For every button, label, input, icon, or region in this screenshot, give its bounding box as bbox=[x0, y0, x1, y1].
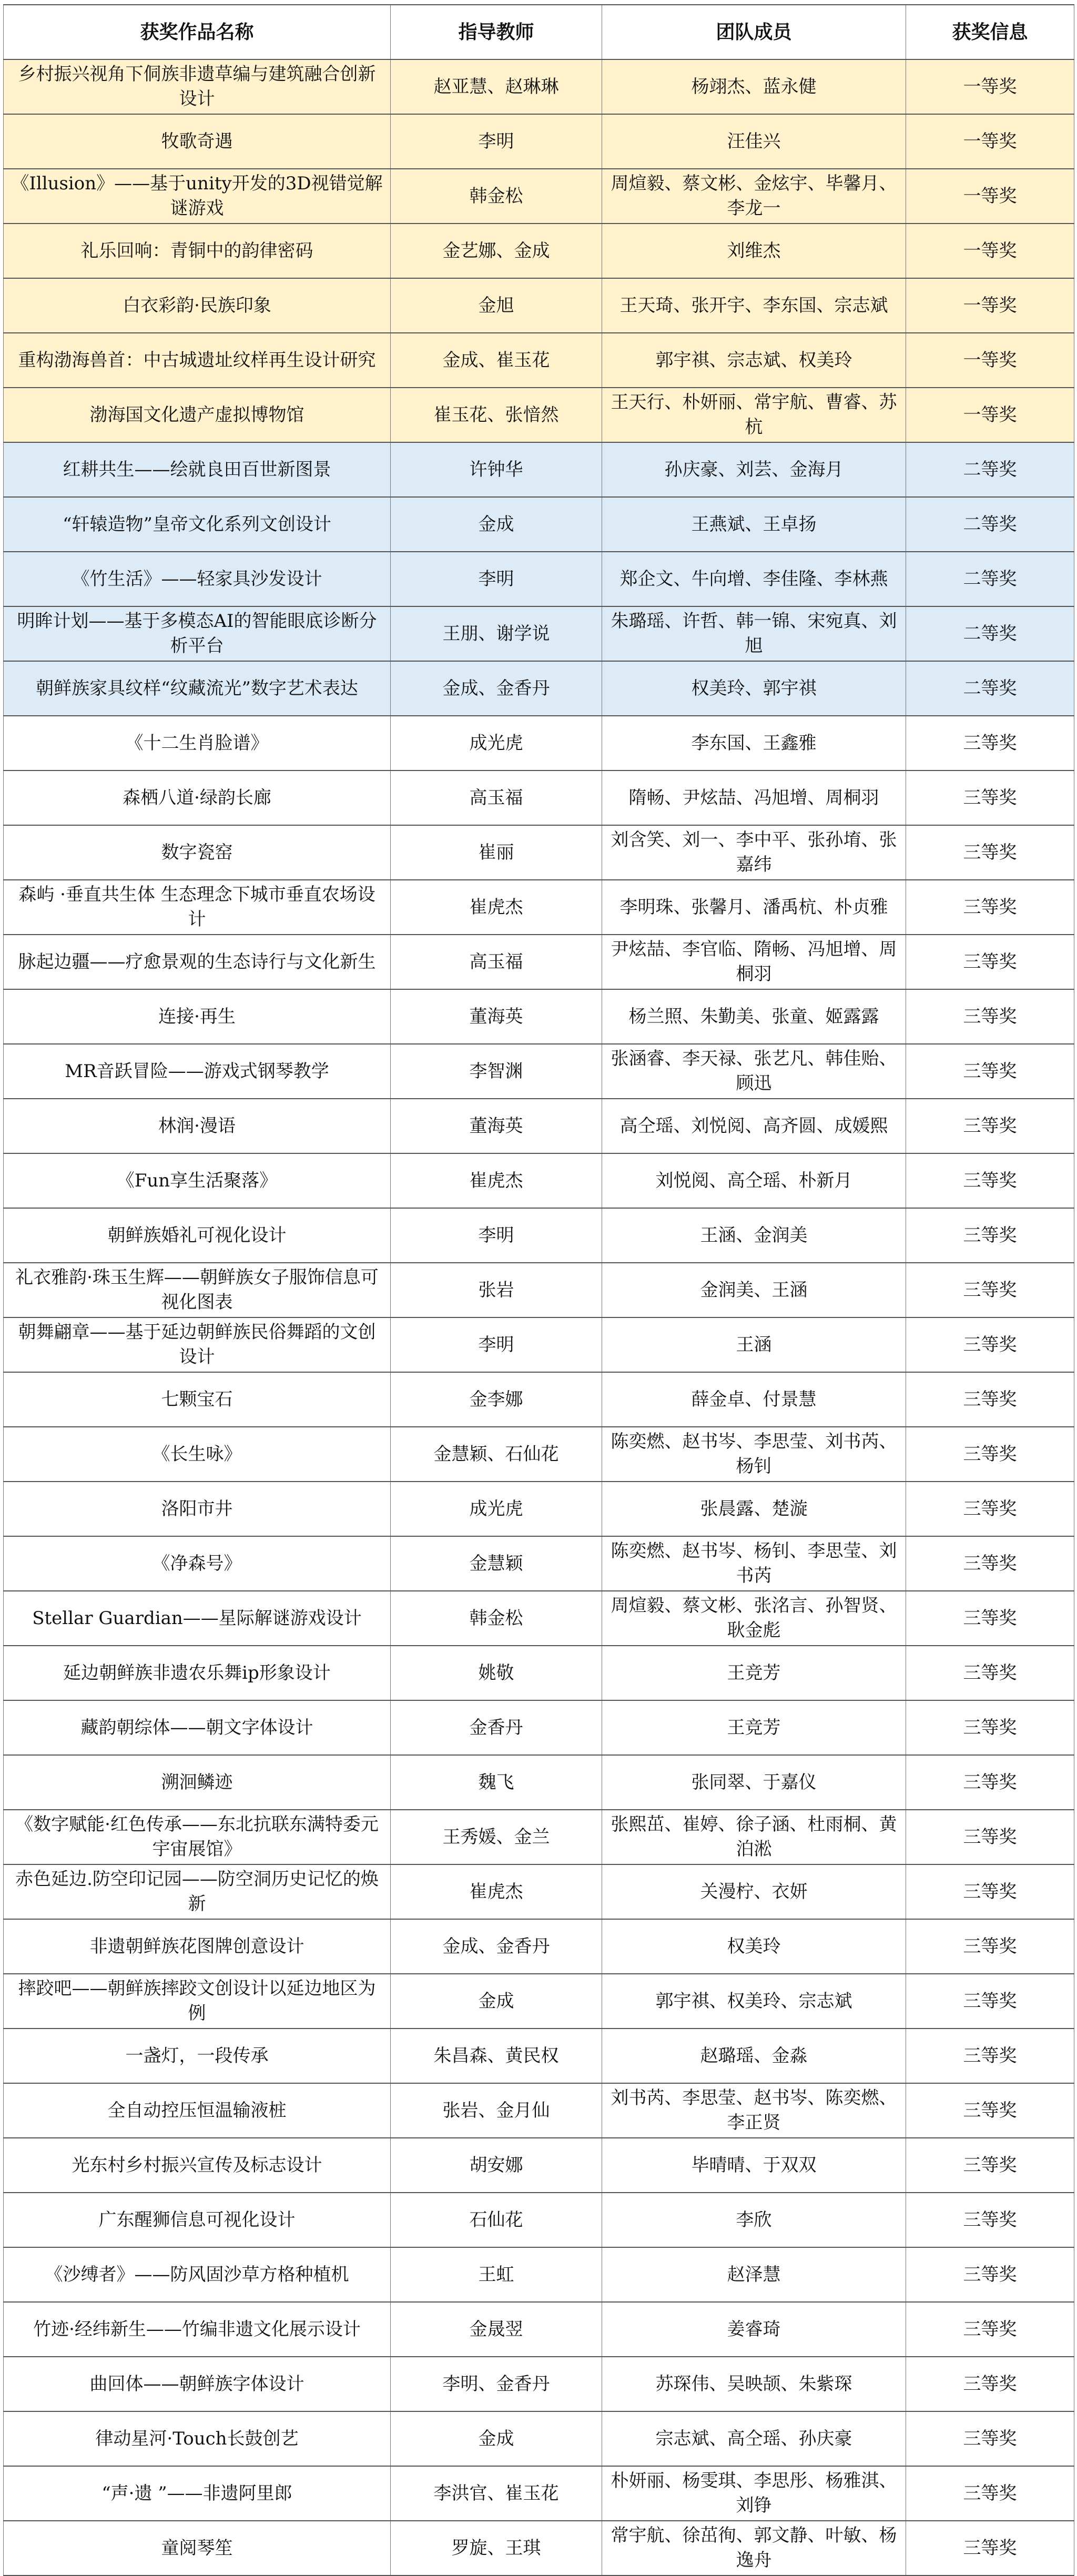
table-row: 重构渤海兽首：中古城遗址纹样再生设计研究金成、崔玉花郭宇祺、宗志斌、权美玲一等奖 bbox=[4, 333, 1074, 388]
cell-award: 三等奖 bbox=[906, 1153, 1074, 1208]
cell-members: 陈奕燃、赵书岑、李思莹、刘书芮、杨钊 bbox=[602, 1427, 906, 1482]
cell-teacher: 金慧颖、石仙花 bbox=[391, 1427, 602, 1482]
cell-teacher: 李明 bbox=[391, 1317, 602, 1372]
table-row: 全自动控压恒温输液桩张岩、金月仙刘书芮、李思莹、赵书岑、陈奕燃、李正贤三等奖 bbox=[4, 2083, 1074, 2138]
cell-members: 李东国、王鑫雅 bbox=[602, 716, 906, 770]
cell-teacher: 金成、崔玉花 bbox=[391, 333, 602, 388]
cell-work-title: 竹迹·经纬新生——竹编非遗文化展示设计 bbox=[4, 2302, 391, 2357]
cell-work-title: 脉起边疆——疗愈景观的生态诗行与文化新生 bbox=[4, 935, 391, 989]
cell-teacher: 金慧颖 bbox=[391, 1536, 602, 1591]
table-row: 礼乐回响：青铜中的韵律密码金艺娜、金成刘维杰一等奖 bbox=[4, 224, 1074, 278]
cell-members: 苏琛伟、吴映颉、朱紫琛 bbox=[602, 2357, 906, 2411]
table-row: 曲回体——朝鲜族字体设计李明、金香丹苏琛伟、吴映颉、朱紫琛三等奖 bbox=[4, 2357, 1074, 2411]
cell-award: 三等奖 bbox=[906, 1044, 1074, 1099]
cell-award: 三等奖 bbox=[906, 2466, 1074, 2521]
table-row: 藏韵朝综体——朝文字体设计金香丹王竞芳三等奖 bbox=[4, 1700, 1074, 1755]
table-row: 脉起边疆——疗愈景观的生态诗行与文化新生高玉福尹炫喆、李官临、隋畅、冯旭增、周桐… bbox=[4, 935, 1074, 989]
awards-table-container: 获奖作品名称 指导教师 团队成员 获奖信息 乡村振兴视角下侗族非遗草编与建筑融合… bbox=[3, 4, 1074, 2542]
cell-members: 李明珠、张馨月、潘禹杭、朴贞雅 bbox=[602, 880, 906, 935]
cell-teacher: 崔虎杰 bbox=[391, 880, 602, 935]
cell-members: 金润美、王涵 bbox=[602, 1263, 906, 1317]
cell-teacher: 金成 bbox=[391, 1974, 602, 2029]
cell-work-title: 非遗朝鲜族花图牌创意设计 bbox=[4, 1919, 391, 1974]
cell-award: 三等奖 bbox=[906, 2521, 1074, 2542]
cell-award: 三等奖 bbox=[906, 1099, 1074, 1153]
cell-award: 一等奖 bbox=[906, 388, 1074, 442]
cell-award: 三等奖 bbox=[906, 1974, 1074, 2029]
cell-teacher: 姚敬 bbox=[391, 1646, 602, 1700]
table-row: 广东醒狮信息可视化设计石仙花李欣三等奖 bbox=[4, 2193, 1074, 2247]
cell-award: 三等奖 bbox=[906, 2083, 1074, 2138]
cell-work-title: MR音跃冒险——游戏式钢琴教学 bbox=[4, 1044, 391, 1099]
cell-teacher: 王朋、谢学说 bbox=[391, 606, 602, 661]
cell-award: 三等奖 bbox=[906, 2247, 1074, 2302]
cell-work-title: 《沙缚者》——防风固沙草方格种植机 bbox=[4, 2247, 391, 2302]
cell-teacher: 韩金松 bbox=[391, 169, 602, 224]
cell-work-title: 藏韵朝综体——朝文字体设计 bbox=[4, 1700, 391, 1755]
table-row: 渤海国文化遗产虚拟博物馆崔玉花、张愔然王天行、朴妍丽、常宇航、曹睿、苏杭一等奖 bbox=[4, 388, 1074, 442]
cell-award: 三等奖 bbox=[906, 770, 1074, 825]
cell-members: 王竞芳 bbox=[602, 1646, 906, 1700]
table-row: 《Illusion》——基于unity开发的3D视错觉解谜游戏韩金松周煊毅、蔡文… bbox=[4, 169, 1074, 224]
cell-award: 三等奖 bbox=[906, 716, 1074, 770]
cell-members: 赵泽慧 bbox=[602, 2247, 906, 2302]
cell-members: 尹炫喆、李官临、隋畅、冯旭增、周桐羽 bbox=[602, 935, 906, 989]
awards-table: 获奖作品名称 指导教师 团队成员 获奖信息 乡村振兴视角下侗族非遗草编与建筑融合… bbox=[3, 4, 1074, 2542]
cell-members: 关漫柠、衣妍 bbox=[602, 1864, 906, 1919]
table-row: 《数字赋能·红色传承——东北抗联东满特委元宇宙展馆》王秀媛、金兰张熙茁、崔婷、徐… bbox=[4, 1810, 1074, 1864]
cell-award: 三等奖 bbox=[906, 989, 1074, 1044]
cell-work-title: 礼乐回响：青铜中的韵律密码 bbox=[4, 224, 391, 278]
cell-award: 二等奖 bbox=[906, 552, 1074, 606]
table-row: 朝舞翩章——基于延边朝鲜族民俗舞蹈的文创设计李明王涵三等奖 bbox=[4, 1317, 1074, 1372]
table-row: 延边朝鲜族非遗农乐舞ip形象设计姚敬王竞芳三等奖 bbox=[4, 1646, 1074, 1700]
cell-teacher: 胡安娜 bbox=[391, 2138, 602, 2193]
cell-award: 三等奖 bbox=[906, 1263, 1074, 1317]
cell-members: 赵璐瑶、金淼 bbox=[602, 2029, 906, 2083]
cell-members: 张熙茁、崔婷、徐子涵、杜雨桐、黄泊淞 bbox=[602, 1810, 906, 1864]
table-body: 乡村振兴视角下侗族非遗草编与建筑融合创新设计赵亚慧、赵琳琳杨翊杰、蓝永健一等奖牧… bbox=[4, 59, 1074, 2542]
cell-award: 三等奖 bbox=[906, 1427, 1074, 1482]
cell-teacher: 张岩 bbox=[391, 1263, 602, 1317]
cell-award: 二等奖 bbox=[906, 497, 1074, 552]
cell-members: 周煊毅、蔡文彬、金炫宇、毕馨月、李龙一 bbox=[602, 169, 906, 224]
cell-work-title: 重构渤海兽首：中古城遗址纹样再生设计研究 bbox=[4, 333, 391, 388]
cell-award: 三等奖 bbox=[906, 1646, 1074, 1700]
cell-work-title: “声·遗 ”——非遗阿里郎 bbox=[4, 2466, 391, 2521]
column-header-teacher: 指导教师 bbox=[391, 5, 602, 59]
cell-teacher: 李明 bbox=[391, 552, 602, 606]
cell-work-title: 数字瓷窑 bbox=[4, 825, 391, 880]
cell-work-title: 渤海国文化遗产虚拟博物馆 bbox=[4, 388, 391, 442]
cell-teacher: 罗旋、王琪 bbox=[391, 2521, 602, 2542]
cell-members: 刘含笑、刘一、李中平、张孙堉、张嘉纬 bbox=[602, 825, 906, 880]
cell-teacher: 高玉福 bbox=[391, 770, 602, 825]
table-row: 《净森号》金慧颖陈奕燃、赵书岑、杨钊、李思莹、刘书芮三等奖 bbox=[4, 1536, 1074, 1591]
cell-award: 三等奖 bbox=[906, 1372, 1074, 1427]
cell-members: 郭宇祺、权美玲、宗志斌 bbox=[602, 1974, 906, 2029]
table-row: 光东村乡村振兴宣传及标志设计胡安娜毕晴晴、于双双三等奖 bbox=[4, 2138, 1074, 2193]
cell-work-title: 溯洄鳞迹 bbox=[4, 1755, 391, 1810]
cell-work-title: 森栖八道·绿韵长廊 bbox=[4, 770, 391, 825]
table-row: 朝鲜族婚礼可视化设计李明王涵、金润美三等奖 bbox=[4, 1208, 1074, 1263]
cell-work-title: 林润·漫语 bbox=[4, 1099, 391, 1153]
cell-work-title: 曲回体——朝鲜族字体设计 bbox=[4, 2357, 391, 2411]
cell-award: 一等奖 bbox=[906, 224, 1074, 278]
cell-work-title: 《竹生活》——轻家具沙发设计 bbox=[4, 552, 391, 606]
cell-members: 常宇航、徐茁徇、郭文静、叶敏、杨逸舟 bbox=[602, 2521, 906, 2542]
cell-members: 高仝瑶、刘悦阅、高齐圆、成媛熙 bbox=[602, 1099, 906, 1153]
cell-work-title: 《长生咏》 bbox=[4, 1427, 391, 1482]
cell-members: 姜睿琦 bbox=[602, 2302, 906, 2357]
cell-work-title: 《Illusion》——基于unity开发的3D视错觉解谜游戏 bbox=[4, 169, 391, 224]
cell-teacher: 金成、金香丹 bbox=[391, 661, 602, 716]
cell-teacher: 李明 bbox=[391, 114, 602, 169]
table-row: 非遗朝鲜族花图牌创意设计金成、金香丹权美玲三等奖 bbox=[4, 1919, 1074, 1974]
cell-work-title: 《数字赋能·红色传承——东北抗联东满特委元宇宙展馆》 bbox=[4, 1810, 391, 1864]
table-row: 连接·再生董海英杨兰照、朱勤美、张童、姬露露三等奖 bbox=[4, 989, 1074, 1044]
table-row: 乡村振兴视角下侗族非遗草编与建筑融合创新设计赵亚慧、赵琳琳杨翊杰、蓝永健一等奖 bbox=[4, 59, 1074, 114]
cell-teacher: 金晟翌 bbox=[391, 2302, 602, 2357]
cell-work-title: 全自动控压恒温输液桩 bbox=[4, 2083, 391, 2138]
cell-teacher: 李洪官、崔玉花 bbox=[391, 2466, 602, 2521]
cell-teacher: 李明、金香丹 bbox=[391, 2357, 602, 2411]
table-row: 童阅琴笙罗旋、王琪常宇航、徐茁徇、郭文静、叶敏、杨逸舟三等奖 bbox=[4, 2521, 1074, 2542]
cell-award: 一等奖 bbox=[906, 169, 1074, 224]
cell-work-title: 《Fun享生活聚落》 bbox=[4, 1153, 391, 1208]
cell-work-title: 朝鲜族婚礼可视化设计 bbox=[4, 1208, 391, 1263]
table-row: 《竹生活》——轻家具沙发设计李明郑企文、牛向增、李佳隆、李林燕二等奖 bbox=[4, 552, 1074, 606]
cell-members: 王天行、朴妍丽、常宇航、曹睿、苏杭 bbox=[602, 388, 906, 442]
column-header-award: 获奖信息 bbox=[906, 5, 1074, 59]
cell-teacher: 魏飞 bbox=[391, 1755, 602, 1810]
cell-work-title: 《十二生肖脸谱》 bbox=[4, 716, 391, 770]
table-row: 溯洄鳞迹魏飞张同翠、于嘉仪三等奖 bbox=[4, 1755, 1074, 1810]
cell-work-title: 光东村乡村振兴宣传及标志设计 bbox=[4, 2138, 391, 2193]
table-row: “声·遗 ”——非遗阿里郎李洪官、崔玉花朴妍丽、杨雯琪、李思彤、杨雅淇、刘铮三等… bbox=[4, 2466, 1074, 2521]
cell-teacher: 朱昌森、黄民权 bbox=[391, 2029, 602, 2083]
table-row: 朝鲜族家具纹样“纹藏流光”数字艺术表达金成、金香丹权美玲、郭宇祺二等奖 bbox=[4, 661, 1074, 716]
cell-members: 周煊毅、蔡文彬、张洺言、孙智贤、耿金彪 bbox=[602, 1591, 906, 1646]
cell-members: 权美玲、郭宇祺 bbox=[602, 661, 906, 716]
cell-teacher: 崔丽 bbox=[391, 825, 602, 880]
cell-award: 三等奖 bbox=[906, 825, 1074, 880]
cell-award: 三等奖 bbox=[906, 880, 1074, 935]
cell-members: 王竞芳 bbox=[602, 1700, 906, 1755]
table-row: 数字瓷窑崔丽刘含笑、刘一、李中平、张孙堉、张嘉纬三等奖 bbox=[4, 825, 1074, 880]
cell-members: 李欣 bbox=[602, 2193, 906, 2247]
table-row: 摔跤吧——朝鲜族摔跤文创设计以延边地区为例金成郭宇祺、权美玲、宗志斌三等奖 bbox=[4, 1974, 1074, 2029]
cell-award: 三等奖 bbox=[906, 1482, 1074, 1536]
table-row: 竹迹·经纬新生——竹编非遗文化展示设计金晟翌姜睿琦三等奖 bbox=[4, 2302, 1074, 2357]
cell-teacher: 李明 bbox=[391, 1208, 602, 1263]
cell-teacher: 韩金松 bbox=[391, 1591, 602, 1646]
cell-teacher: 崔虎杰 bbox=[391, 1864, 602, 1919]
table-row: 《十二生肖脸谱》成光虎李东国、王鑫雅三等奖 bbox=[4, 716, 1074, 770]
cell-members: 杨翊杰、蓝永健 bbox=[602, 59, 906, 114]
table-row: 明眸计划——基于多模态AI的智能眼底诊断分析平台王朋、谢学说朱璐瑶、许哲、韩一锦… bbox=[4, 606, 1074, 661]
table-row: 律动星河·Touch长鼓创艺金成宗志斌、高仝瑶、孙庆豪三等奖 bbox=[4, 2411, 1074, 2466]
cell-work-title: 延边朝鲜族非遗农乐舞ip形象设计 bbox=[4, 1646, 391, 1700]
cell-members: 毕晴晴、于双双 bbox=[602, 2138, 906, 2193]
cell-members: 刘书芮、李思莹、赵书岑、陈奕燃、李正贤 bbox=[602, 2083, 906, 2138]
cell-members: 汪佳兴 bbox=[602, 114, 906, 169]
cell-award: 一等奖 bbox=[906, 333, 1074, 388]
cell-members: 薛金卓、付景慧 bbox=[602, 1372, 906, 1427]
cell-members: 杨兰照、朱勤美、张童、姬露露 bbox=[602, 989, 906, 1044]
table-row: MR音跃冒险——游戏式钢琴教学李智渊张涵睿、李天禄、张艺凡、韩佳贻、顾迅三等奖 bbox=[4, 1044, 1074, 1099]
table-row: 七颗宝石金李娜薛金卓、付景慧三等奖 bbox=[4, 1372, 1074, 1427]
cell-work-title: 律动星河·Touch长鼓创艺 bbox=[4, 2411, 391, 2466]
cell-teacher: 崔玉花、张愔然 bbox=[391, 388, 602, 442]
cell-work-title: 连接·再生 bbox=[4, 989, 391, 1044]
cell-members: 刘维杰 bbox=[602, 224, 906, 278]
cell-award: 三等奖 bbox=[906, 1810, 1074, 1864]
table-row: 森栖八道·绿韵长廊高玉福隋畅、尹炫喆、冯旭增、周桐羽三等奖 bbox=[4, 770, 1074, 825]
column-header-title: 获奖作品名称 bbox=[4, 5, 391, 59]
table-row: 赤色延边.防空印记园——防空洞历史记忆的焕新崔虎杰关漫柠、衣妍三等奖 bbox=[4, 1864, 1074, 1919]
cell-members: 陈奕燃、赵书岑、杨钊、李思莹、刘书芮 bbox=[602, 1536, 906, 1591]
table-row: 洛阳市井成光虎张晨露、楚漩三等奖 bbox=[4, 1482, 1074, 1536]
cell-work-title: 朝舞翩章——基于延边朝鲜族民俗舞蹈的文创设计 bbox=[4, 1317, 391, 1372]
cell-teacher: 王秀媛、金兰 bbox=[391, 1810, 602, 1864]
table-row: 林润·漫语董海英高仝瑶、刘悦阅、高齐圆、成媛熙三等奖 bbox=[4, 1099, 1074, 1153]
cell-award: 二等奖 bbox=[906, 606, 1074, 661]
cell-work-title: 《净森号》 bbox=[4, 1536, 391, 1591]
cell-work-title: 森屿 ·垂直共生体 生态理念下城市垂直农场设计 bbox=[4, 880, 391, 935]
cell-teacher: 崔虎杰 bbox=[391, 1153, 602, 1208]
cell-award: 三等奖 bbox=[906, 1317, 1074, 1372]
table-row: 白衣彩韵·民族印象金旭王天琦、张开宇、李东国、宗志斌一等奖 bbox=[4, 278, 1074, 333]
cell-award: 三等奖 bbox=[906, 2193, 1074, 2247]
cell-work-title: 洛阳市井 bbox=[4, 1482, 391, 1536]
cell-award: 三等奖 bbox=[906, 1208, 1074, 1263]
table-row: 森屿 ·垂直共生体 生态理念下城市垂直农场设计崔虎杰李明珠、张馨月、潘禹杭、朴贞… bbox=[4, 880, 1074, 935]
cell-teacher: 许钟华 bbox=[391, 442, 602, 497]
cell-award: 一等奖 bbox=[906, 59, 1074, 114]
cell-award: 三等奖 bbox=[906, 2302, 1074, 2357]
cell-work-title: 白衣彩韵·民族印象 bbox=[4, 278, 391, 333]
cell-work-title: 红耕共生——绘就良田百世新图景 bbox=[4, 442, 391, 497]
cell-award: 三等奖 bbox=[906, 1591, 1074, 1646]
cell-award: 三等奖 bbox=[906, 935, 1074, 989]
cell-award: 二等奖 bbox=[906, 442, 1074, 497]
cell-members: 王涵、金润美 bbox=[602, 1208, 906, 1263]
cell-teacher: 张岩、金月仙 bbox=[391, 2083, 602, 2138]
table-row: 《Fun享生活聚落》崔虎杰刘悦阅、高仝瑶、朴新月三等奖 bbox=[4, 1153, 1074, 1208]
table-row: 《沙缚者》——防风固沙草方格种植机王虹赵泽慧三等奖 bbox=[4, 2247, 1074, 2302]
cell-members: 宗志斌、高仝瑶、孙庆豪 bbox=[602, 2411, 906, 2466]
cell-teacher: 成光虎 bbox=[391, 1482, 602, 1536]
cell-award: 三等奖 bbox=[906, 2411, 1074, 2466]
cell-members: 张涵睿、李天禄、张艺凡、韩佳贻、顾迅 bbox=[602, 1044, 906, 1099]
cell-teacher: 王虹 bbox=[391, 2247, 602, 2302]
cell-teacher: 石仙花 bbox=[391, 2193, 602, 2247]
cell-work-title: 摔跤吧——朝鲜族摔跤文创设计以延边地区为例 bbox=[4, 1974, 391, 2029]
cell-work-title: 广东醒狮信息可视化设计 bbox=[4, 2193, 391, 2247]
cell-teacher: 成光虎 bbox=[391, 716, 602, 770]
cell-award: 三等奖 bbox=[906, 1536, 1074, 1591]
cell-award: 二等奖 bbox=[906, 661, 1074, 716]
cell-members: 郭宇祺、宗志斌、权美玲 bbox=[602, 333, 906, 388]
cell-work-title: Stellar Guardian——星际解谜游戏设计 bbox=[4, 1591, 391, 1646]
cell-teacher: 李智渊 bbox=[391, 1044, 602, 1099]
cell-members: 张同翠、于嘉仪 bbox=[602, 1755, 906, 1810]
cell-teacher: 高玉福 bbox=[391, 935, 602, 989]
cell-award: 三等奖 bbox=[906, 2138, 1074, 2193]
cell-work-title: “轩辕造物”皇帝文化系列文创设计 bbox=[4, 497, 391, 552]
cell-work-title: 一盏灯，一段传承 bbox=[4, 2029, 391, 2083]
table-row: 一盏灯，一段传承朱昌森、黄民权赵璐瑶、金淼三等奖 bbox=[4, 2029, 1074, 2083]
cell-work-title: 礼衣雅韵·珠玉生辉——朝鲜族女子服饰信息可视化图表 bbox=[4, 1263, 391, 1317]
cell-award: 三等奖 bbox=[906, 2029, 1074, 2083]
cell-members: 王燕斌、王卓扬 bbox=[602, 497, 906, 552]
column-header-members: 团队成员 bbox=[602, 5, 906, 59]
cell-work-title: 朝鲜族家具纹样“纹藏流光”数字艺术表达 bbox=[4, 661, 391, 716]
cell-teacher: 金香丹 bbox=[391, 1700, 602, 1755]
cell-work-title: 童阅琴笙 bbox=[4, 2521, 391, 2542]
cell-teacher: 赵亚慧、赵琳琳 bbox=[391, 59, 602, 114]
cell-award: 三等奖 bbox=[906, 1864, 1074, 1919]
cell-teacher: 金李娜 bbox=[391, 1372, 602, 1427]
cell-members: 刘悦阅、高仝瑶、朴新月 bbox=[602, 1153, 906, 1208]
cell-work-title: 牧歌奇遇 bbox=[4, 114, 391, 169]
table-row: 《长生咏》金慧颖、石仙花陈奕燃、赵书岑、李思莹、刘书芮、杨钊三等奖 bbox=[4, 1427, 1074, 1482]
cell-award: 三等奖 bbox=[906, 1755, 1074, 1810]
cell-work-title: 赤色延边.防空印记园——防空洞历史记忆的焕新 bbox=[4, 1864, 391, 1919]
cell-work-title: 明眸计划——基于多模态AI的智能眼底诊断分析平台 bbox=[4, 606, 391, 661]
cell-award: 三等奖 bbox=[906, 1919, 1074, 1974]
cell-teacher: 董海英 bbox=[391, 1099, 602, 1153]
cell-teacher: 金成 bbox=[391, 497, 602, 552]
cell-award: 一等奖 bbox=[906, 114, 1074, 169]
cell-members: 隋畅、尹炫喆、冯旭增、周桐羽 bbox=[602, 770, 906, 825]
cell-teacher: 金旭 bbox=[391, 278, 602, 333]
cell-teacher: 金成 bbox=[391, 2411, 602, 2466]
cell-members: 郑企文、牛向增、李佳隆、李林燕 bbox=[602, 552, 906, 606]
cell-members: 张晨露、楚漩 bbox=[602, 1482, 906, 1536]
table-row: 红耕共生——绘就良田百世新图景许钟华孙庆豪、刘芸、金海月二等奖 bbox=[4, 442, 1074, 497]
cell-members: 朴妍丽、杨雯琪、李思彤、杨雅淇、刘铮 bbox=[602, 2466, 906, 2521]
cell-members: 王涵 bbox=[602, 1317, 906, 1372]
cell-members: 权美玲 bbox=[602, 1919, 906, 1974]
cell-work-title: 七颗宝石 bbox=[4, 1372, 391, 1427]
cell-teacher: 金艺娜、金成 bbox=[391, 224, 602, 278]
table-row: Stellar Guardian——星际解谜游戏设计韩金松周煊毅、蔡文彬、张洺言… bbox=[4, 1591, 1074, 1646]
table-row: 牧歌奇遇李明汪佳兴一等奖 bbox=[4, 114, 1074, 169]
table-row: “轩辕造物”皇帝文化系列文创设计金成王燕斌、王卓扬二等奖 bbox=[4, 497, 1074, 552]
cell-members: 朱璐瑶、许哲、韩一锦、宋宛真、刘旭 bbox=[602, 606, 906, 661]
cell-teacher: 金成、金香丹 bbox=[391, 1919, 602, 1974]
cell-award: 一等奖 bbox=[906, 278, 1074, 333]
cell-award: 三等奖 bbox=[906, 2357, 1074, 2411]
cell-work-title: 乡村振兴视角下侗族非遗草编与建筑融合创新设计 bbox=[4, 59, 391, 114]
table-header-row: 获奖作品名称 指导教师 团队成员 获奖信息 bbox=[4, 5, 1074, 59]
cell-award: 三等奖 bbox=[906, 1700, 1074, 1755]
cell-members: 孙庆豪、刘芸、金海月 bbox=[602, 442, 906, 497]
cell-teacher: 董海英 bbox=[391, 989, 602, 1044]
table-row: 礼衣雅韵·珠玉生辉——朝鲜族女子服饰信息可视化图表张岩金润美、王涵三等奖 bbox=[4, 1263, 1074, 1317]
cell-members: 王天琦、张开宇、李东国、宗志斌 bbox=[602, 278, 906, 333]
